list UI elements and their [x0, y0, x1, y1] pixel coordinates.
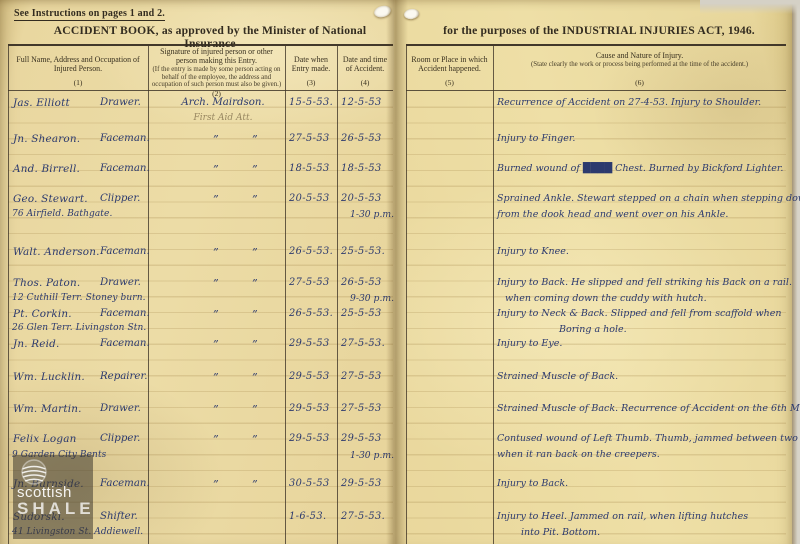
column-label-4: Date and time of Accident.: [339, 55, 391, 73]
ditto-mark: ”: [213, 193, 219, 206]
column-divider-1-2: [148, 44, 149, 544]
entry-date-accident: 27-5-53: [341, 403, 382, 414]
column-number-5: (5): [445, 78, 454, 88]
entry-cause-line: Burned wound of ████ Chest. Burned by Bi…: [497, 163, 783, 174]
accident-book-scan: See Instructions on pages 1 and 2. ACCID…: [0, 0, 800, 544]
entry-name: Jn. Reid.: [13, 338, 60, 350]
entry-date-made: 1-6-53.: [289, 511, 326, 522]
entry-cause-line: Sprained Ankle. Stewart stepped on a cha…: [497, 193, 800, 204]
column-header-6: Cause and Nature of Injury. (State clear…: [495, 47, 784, 88]
entry-occupation: Clipper.: [100, 193, 140, 204]
ditto-mark: ”: [213, 308, 219, 321]
entry-name: Geo. Stewart.: [13, 193, 88, 205]
entry-date-accident: 25-5-53.: [341, 246, 385, 257]
entry-date-made: 30-5-53: [289, 478, 330, 489]
ditto-mark: ”: [252, 371, 258, 384]
column-label-5: Room or Place in which Accident happened…: [408, 55, 491, 73]
watermark-text-line1: scottish: [17, 485, 89, 500]
ditto-mark: ”: [213, 246, 219, 259]
column-header-4: Date and time of Accident. (4): [339, 47, 391, 88]
table-border-left: [8, 44, 9, 544]
entry-occupation: Faceman.: [100, 133, 150, 144]
page-gutter-shadow: [386, 0, 408, 544]
entry-name: And. Birrell.: [13, 163, 80, 175]
entry-occupation: Faceman.: [100, 246, 150, 257]
column-divider-3-4: [337, 44, 338, 544]
entry-name: Felix Logan: [13, 433, 77, 445]
ditto-mark: ”: [213, 338, 219, 351]
ditto-mark: ”: [252, 433, 258, 446]
entry-occupation: Repairer.: [100, 371, 147, 382]
entry-cause-line: Injury to Finger.: [497, 133, 575, 144]
entry-cause-line: when coming down the cuddy with hutch.: [505, 293, 707, 304]
entry-date-accident: 18-5-53: [341, 163, 382, 174]
entry-date-made: 26-5-53.: [289, 246, 333, 257]
ditto-mark: ”: [213, 133, 219, 146]
entry-date-made: 26-5-53.: [289, 308, 333, 319]
entry-date-made: 20-5-53: [289, 193, 330, 204]
column-number-3: (3): [307, 78, 316, 88]
column-divider-5-6: [493, 44, 494, 544]
entry-date-made: 29-5-53: [289, 371, 330, 382]
entry-cause-line: Strained Muscle of Back. Recurrence of A…: [497, 403, 800, 414]
entry-occupation: Drawer.: [100, 403, 141, 414]
ditto-mark: ”: [252, 246, 258, 259]
ditto-mark: ”: [252, 478, 258, 491]
ditto-mark: ”: [213, 163, 219, 176]
column-number-1: (1): [74, 78, 83, 88]
entry-cause-line: into Pit. Bottom.: [521, 527, 600, 538]
entry-date-accident: 12-5-53: [341, 97, 382, 108]
column-number-4: (4): [361, 78, 370, 88]
ditto-mark: ”: [252, 163, 258, 176]
entry-date-made: 29-5-53: [289, 403, 330, 414]
entry-occupation: Drawer.: [100, 277, 141, 288]
watermark-text-line2: SHALE: [17, 500, 89, 519]
entry-date-accident: 27-5-53.: [341, 338, 385, 349]
entry-cause-line: when it ran back on the creepers.: [497, 449, 660, 460]
ditto-mark: ”: [213, 403, 219, 416]
right-page-title: for the purposes of the INDUSTRIAL INJUR…: [414, 24, 784, 37]
entry-cause-line: Injury to Neck & Back. Slipped and fell …: [497, 308, 782, 319]
column-header-3: Date when Entry made. (3): [287, 47, 335, 88]
entry-date-made: 27-5-53: [289, 133, 330, 144]
ditto-mark: ”: [252, 308, 258, 321]
entry-date-made: 29-5-53: [289, 433, 330, 444]
ditto-mark: ”: [252, 193, 258, 206]
column-note-2: (If the entry is made by some person act…: [150, 66, 283, 89]
entry-name: Jas. Elliott: [13, 97, 70, 109]
globe-icon: [17, 457, 51, 487]
column-number-6: (6): [635, 78, 644, 88]
entry-name: Wm. Martin.: [13, 403, 82, 415]
entry-address: 76 Airfield. Bathgate.: [12, 209, 112, 219]
entry-address: 26 Glen Terr. Livingston Stn.: [12, 323, 146, 333]
entry-cause-line: Recurrence of Accident on 27-4-53. Injur…: [497, 97, 761, 108]
entry-occupation: Faceman.: [100, 163, 150, 174]
entry-name: Wm. Lucklin.: [13, 371, 85, 383]
entry-cause-line: Strained Muscle of Back.: [497, 371, 618, 382]
scan-background-corner: [700, 0, 800, 14]
entry-signature: Arch. Mairdson.: [163, 97, 283, 108]
entry-name: Thos. Paton.: [13, 277, 80, 289]
entry-date-accident: 25-5-53: [341, 308, 382, 319]
entry-date-accident: 27-5-53.: [341, 511, 385, 522]
entry-occupation: Faceman.: [100, 338, 150, 349]
ditto-mark: ”: [252, 338, 258, 351]
scottish-shale-watermark: scottish SHALE: [13, 455, 93, 539]
entry-date-accident: 20-5-53: [341, 193, 382, 204]
entry-cause-line: Injury to Knee.: [497, 246, 569, 257]
ditto-mark: ”: [252, 277, 258, 290]
entry-date-accident: 29-5-53: [341, 478, 382, 489]
entry-occupation: Drawer.: [100, 97, 141, 108]
ditto-mark: ”: [213, 433, 219, 446]
ditto-mark: ”: [213, 277, 219, 290]
column-label-2: Signature of injured person or other per…: [150, 47, 283, 65]
ditto-mark: ”: [252, 403, 258, 416]
entry-occupation: Faceman.: [100, 308, 150, 319]
entry-date-made: 29-5-53: [289, 338, 330, 349]
entry-date-accident: 26-5-53: [341, 133, 382, 144]
column-label-1: Full Name, Address and Occupation of Inj…: [10, 55, 146, 73]
entry-date-made: 27-5-53: [289, 277, 330, 288]
column-header-5: Room or Place in which Accident happened…: [408, 47, 491, 88]
entry-pencil-note: First Aid Att.: [163, 113, 283, 123]
column-label-6: Cause and Nature of Injury.: [596, 51, 683, 60]
entry-cause-line: Injury to Eye.: [497, 338, 562, 349]
ditto-mark: ”: [213, 478, 219, 491]
entry-name: Jn. Shearon.: [13, 133, 80, 145]
entry-date-made: 18-5-53: [289, 163, 330, 174]
table-rule-header-right: [406, 90, 786, 91]
table-rule-top-right: [406, 44, 786, 46]
column-note-6: (State clearly the work or process being…: [531, 61, 748, 69]
entry-cause-line: Contused wound of Left Thumb. Thumb, jam…: [497, 433, 800, 444]
ditto-mark: ”: [213, 371, 219, 384]
entry-cause-line: Injury to Heel. Jammed on rail, when lif…: [497, 511, 748, 522]
column-header-1: Full Name, Address and Occupation of Inj…: [10, 47, 146, 88]
entry-address: 12 Cuthill Terr. Stoney burn.: [12, 293, 146, 303]
column-header-2: Signature of injured person or other per…: [150, 47, 283, 88]
entry-occupation: Shifter.: [100, 511, 138, 522]
entry-cause-line: Boring a hole.: [559, 324, 627, 335]
entry-name: Walt. Anderson.: [13, 246, 100, 258]
entry-date-accident: 26-5-53: [341, 277, 382, 288]
entry-cause-line: from the dook head and went over on his …: [497, 209, 728, 220]
instructions-note: See Instructions on pages 1 and 2.: [14, 8, 165, 21]
column-label-3: Date when Entry made.: [287, 55, 335, 73]
column-divider-2-3: [285, 44, 286, 544]
entry-occupation: Faceman.: [100, 478, 150, 489]
entry-occupation: Clipper.: [100, 433, 140, 444]
table-rule-header-left: [8, 90, 393, 91]
ditto-mark: ”: [252, 133, 258, 146]
page-edge-right: [792, 0, 800, 544]
entry-date-accident: 29-5-53: [341, 433, 382, 444]
entry-date-accident: 27-5-53: [341, 371, 382, 382]
entry-name: Pt. Corkin.: [13, 308, 72, 320]
entry-date-made: 15-5-53.: [289, 97, 333, 108]
entry-cause-line: Injury to Back.: [497, 478, 568, 489]
entry-cause-line: Injury to Back. He slipped and fell stri…: [497, 277, 792, 288]
